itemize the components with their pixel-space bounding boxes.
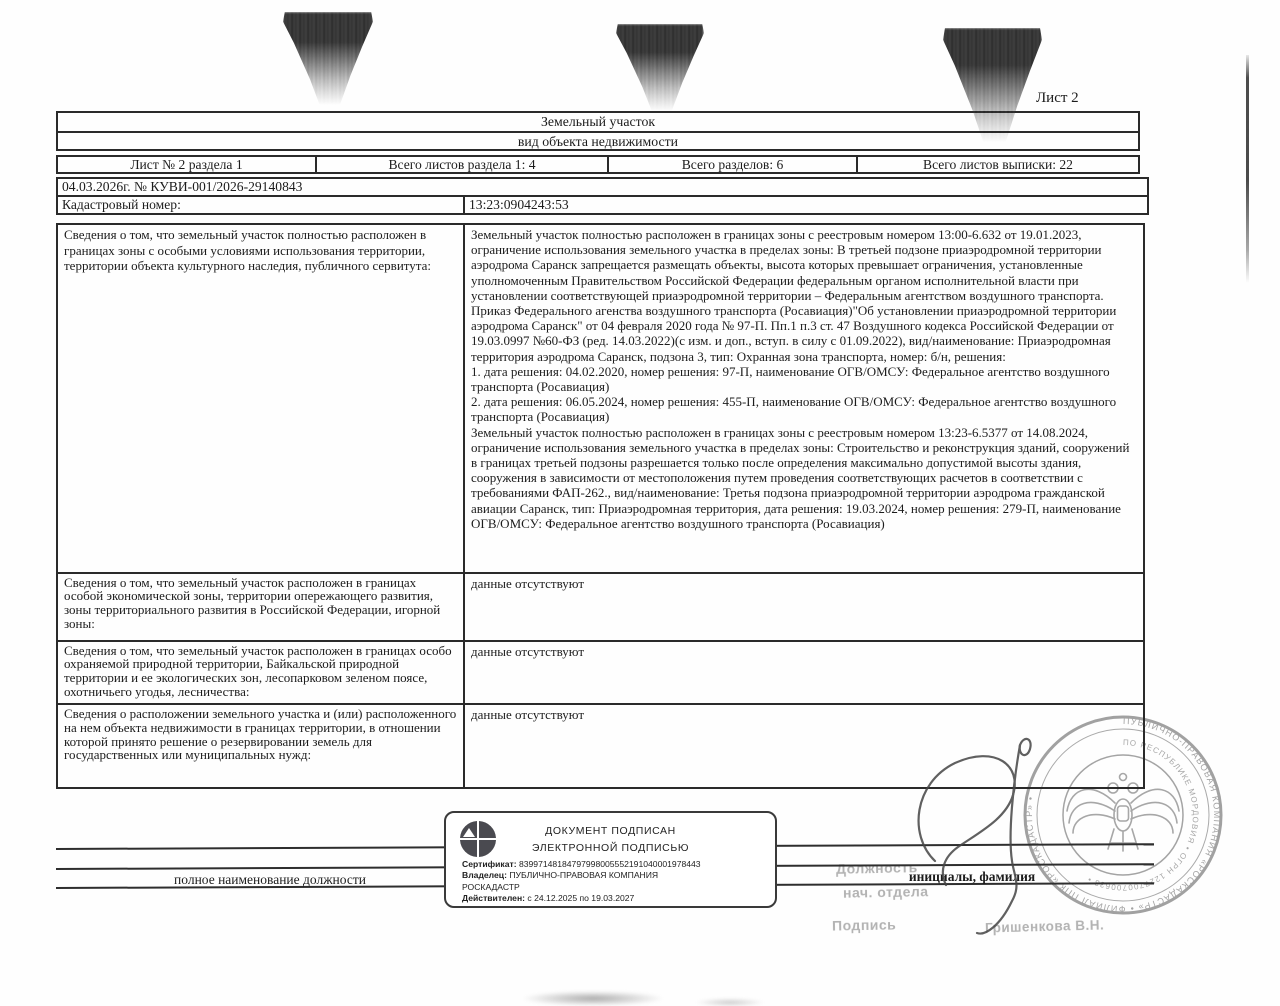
scan-smudge-artifact xyxy=(695,998,765,1006)
scan-smudge-artifact xyxy=(616,24,704,114)
esig-certificate-line: Сертификат: 8399714818479799800555219104… xyxy=(462,859,762,870)
object-type-caption: вид объекта недвижимости xyxy=(58,131,1138,151)
row-label: Сведения о том, что земельный участок ра… xyxy=(58,642,463,704)
row-value: Земельный участок полностью расположен в… xyxy=(463,225,1143,572)
row-label: Сведения о том, что земельный участок ра… xyxy=(58,574,463,640)
sheet-info-cell: Лист № 2 раздела 1 xyxy=(58,157,315,172)
scan-smudge-artifact xyxy=(283,12,373,108)
table-row: Сведения о том, что земельный участок ра… xyxy=(58,572,1143,640)
esig-certificate-value: 83997148184797998005552191040001978443 xyxy=(519,859,701,869)
row-label: Сведения о том, что земельный участок по… xyxy=(58,225,463,572)
zone-info-table: Сведения о том, что земельный участок по… xyxy=(56,223,1145,789)
row-value: данные отсутствуют xyxy=(463,642,1143,704)
esig-validity-value: с 24.12.2025 по 19.03.2027 xyxy=(527,893,634,903)
esignature-stamp-box: ДОКУМЕНТ ПОДПИСАН ЭЛЕКТРОННОЙ ПОДПИСЬЮ С… xyxy=(444,811,777,908)
sheet-number-label: Лист 2 xyxy=(1036,90,1079,107)
esig-title-line2: ЭЛЕКТРОННОЙ ПОДПИСЬЮ xyxy=(446,840,775,857)
esig-validity-label: Действителен: xyxy=(462,893,525,903)
scanned-egrn-extract-page: Лист 2 Земельный участок вид объекта нед… xyxy=(0,0,1280,1006)
esig-title-line1: ДОКУМЕНТ ПОДПИСАН xyxy=(446,823,775,840)
scan-line-artifact xyxy=(1246,55,1249,283)
position-caption: полное наименование должности xyxy=(140,872,400,888)
row-value: данные отсутствуют xyxy=(463,574,1143,640)
cadastral-number-label: Кадастровый номер: xyxy=(58,197,463,215)
sheet-info-table: Лист № 2 раздела 1 Всего листов раздела … xyxy=(56,155,1140,174)
table-row: Сведения о том, что земельный участок ра… xyxy=(58,640,1143,704)
esig-validity-line: Действителен: с 24.12.2025 по 19.03.2027 xyxy=(462,893,762,904)
table-row: Сведения о том, что земельный участок по… xyxy=(58,225,1143,572)
esig-certificate-label: Сертификат: xyxy=(462,859,517,869)
sheet-info-cell: Всего листов выписки: 22 xyxy=(856,157,1138,172)
esig-owner-line: Владелец: ПУБЛИЧНО-ПРАВОВАЯ КОМПАНИЯ РОС… xyxy=(462,870,697,893)
scan-smudge-artifact xyxy=(523,991,663,1006)
handwritten-signature xyxy=(900,733,1070,945)
extract-date-number: 04.03.2026г. № КУВИ-001/2026-29140843 xyxy=(58,179,1147,195)
document-number-table: 04.03.2026г. № КУВИ-001/2026-29140843 Ка… xyxy=(56,177,1149,215)
esig-owner-label: Владелец: xyxy=(462,870,507,880)
sheet-info-cell: Всего разделов: 6 xyxy=(607,157,856,172)
cadastral-number-value: 13:23:0904243:53 xyxy=(463,197,1147,215)
row-label: Сведения о расположении земельного участ… xyxy=(58,705,463,787)
sheet-info-cell: Всего листов раздела 1: 4 xyxy=(315,157,607,172)
stamp-signature-label: Подпись xyxy=(832,916,897,933)
